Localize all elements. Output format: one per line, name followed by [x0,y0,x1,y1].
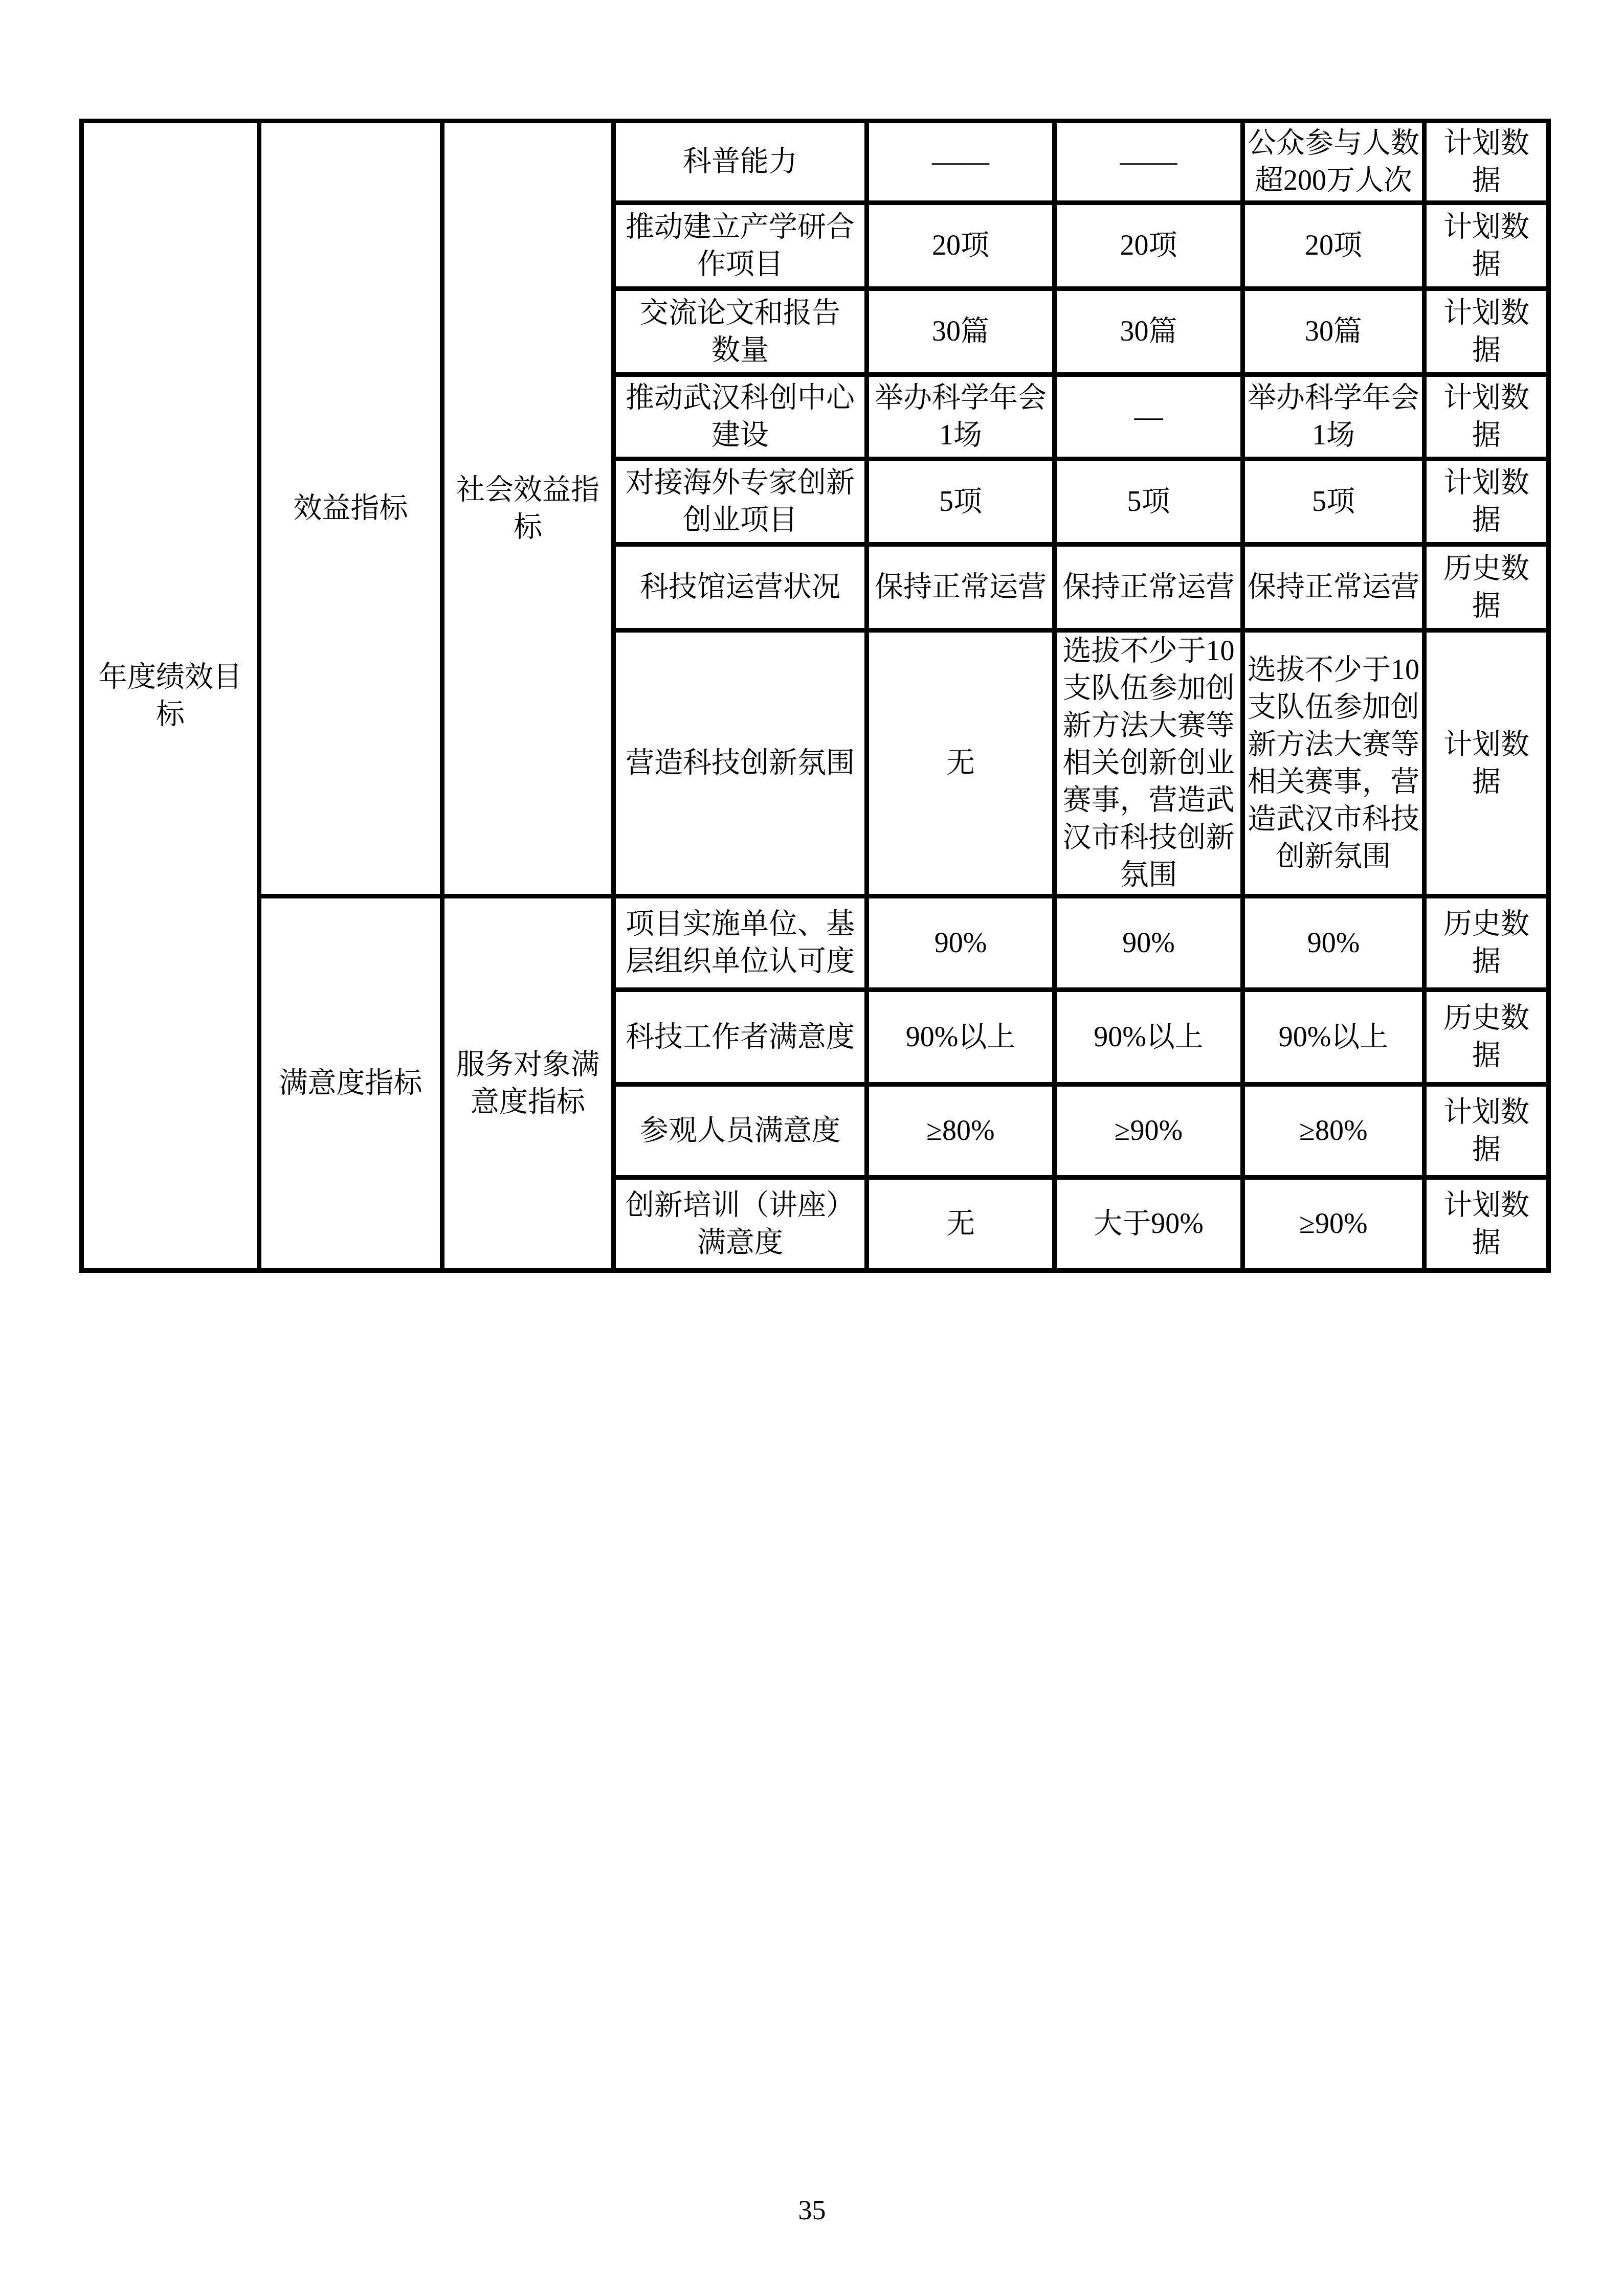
cell-value-1: 举办科学年会 1场 [867,375,1055,459]
cell-source: 计划数 据 [1425,1178,1549,1271]
cell-source: 历史数 据 [1425,896,1549,990]
cell-value-2: 30篇 [1055,289,1243,375]
cell-source: 计划数 据 [1425,203,1549,289]
cell-source: 计划数 据 [1425,459,1549,545]
cell-year-goal-label: 年度绩效目 标 [82,121,259,1271]
cell-value-3: 90% [1243,896,1425,990]
cell-value-1: ≥80% [867,1085,1055,1178]
cell-indicator: 参观人员满意度 [614,1085,867,1178]
cell-source: 计划数 据 [1425,289,1549,375]
cell-value-3: ≥80% [1243,1085,1425,1178]
cell-value-1: 30篇 [867,289,1055,375]
cell-value-3: 公众参与人数 超200万人次 [1243,121,1425,203]
cell-value-2: 90%以上 [1055,990,1243,1085]
cell-category-benefit: 效益指标 [259,121,442,896]
cell-indicator: 科技工作者满意度 [614,990,867,1085]
cell-value-1: 90%以上 [867,990,1055,1085]
cell-source: 计划数 据 [1425,631,1549,896]
cell-source: 计划数 据 [1425,121,1549,203]
page-number: 35 [0,2195,1624,2225]
cell-indicator: 项目实施单位、基 层组织单位认可度 [614,896,867,990]
cell-value-2: 选拔不少于10 支队伍参加创 新方法大赛等 相关创新创业 赛事，营造武 汉市科技… [1055,631,1243,896]
cell-subcategory-social: 社会效益指 标 [442,121,614,896]
cell-value-3: 20项 [1243,203,1425,289]
cell-value-2: 大于90% [1055,1178,1243,1271]
cell-source: 历史数 据 [1425,545,1549,631]
cell-value-1: 20项 [867,203,1055,289]
cell-subcategory-service-object: 服务对象满 意度指标 [442,896,614,1271]
cell-value-2: 5项 [1055,459,1243,545]
cell-indicator: 推动建立产学研合 作项目 [614,203,867,289]
cell-value-2: 20项 [1055,203,1243,289]
cell-value-3: ≥90% [1243,1178,1425,1271]
cell-value-2: 90% [1055,896,1243,990]
cell-value-3: 保持正常运营 [1243,545,1425,631]
cell-value-3: 选拔不少于10 支队伍参加创 新方法大赛等 相关赛事，营 造武汉市科技 创新氛围 [1243,631,1425,896]
cell-indicator: 科技馆运营状况 [614,545,867,631]
cell-value-1: 90% [867,896,1055,990]
cell-value-1: 无 [867,1178,1055,1271]
cell-indicator: 科普能力 [614,121,867,203]
cell-value-1: —— [867,121,1055,203]
cell-value-1: 保持正常运营 [867,545,1055,631]
cell-value-2: — [1055,375,1243,459]
cell-value-3: 举办科学年会 1场 [1243,375,1425,459]
cell-value-1: 无 [867,631,1055,896]
cell-indicator: 对接海外专家创新 创业项目 [614,459,867,545]
cell-value-2: 保持正常运营 [1055,545,1243,631]
cell-indicator: 交流论文和报告 数量 [614,289,867,375]
cell-indicator: 创新培训（讲座） 满意度 [614,1178,867,1271]
cell-indicator: 推动武汉科创中心 建设 [614,375,867,459]
cell-value-3: 5项 [1243,459,1425,545]
cell-indicator: 营造科技创新氛围 [614,631,867,896]
cell-category-satisfaction: 满意度指标 [259,896,442,1271]
cell-value-3: 30篇 [1243,289,1425,375]
cell-source: 计划数 据 [1425,1085,1549,1178]
cell-value-2: ≥90% [1055,1085,1243,1178]
cell-value-3: 90%以上 [1243,990,1425,1085]
performance-table: 年度绩效目 标 效益指标 社会效益指 标 科普能力 —— —— 公众参与人数 超… [79,119,1551,1273]
cell-value-2: —— [1055,121,1243,203]
document-page: 年度绩效目 标 效益指标 社会效益指 标 科普能力 —— —— 公众参与人数 超… [0,0,1624,2296]
cell-value-1: 5项 [867,459,1055,545]
cell-source: 历史数 据 [1425,990,1549,1085]
cell-source: 计划数 据 [1425,375,1549,459]
